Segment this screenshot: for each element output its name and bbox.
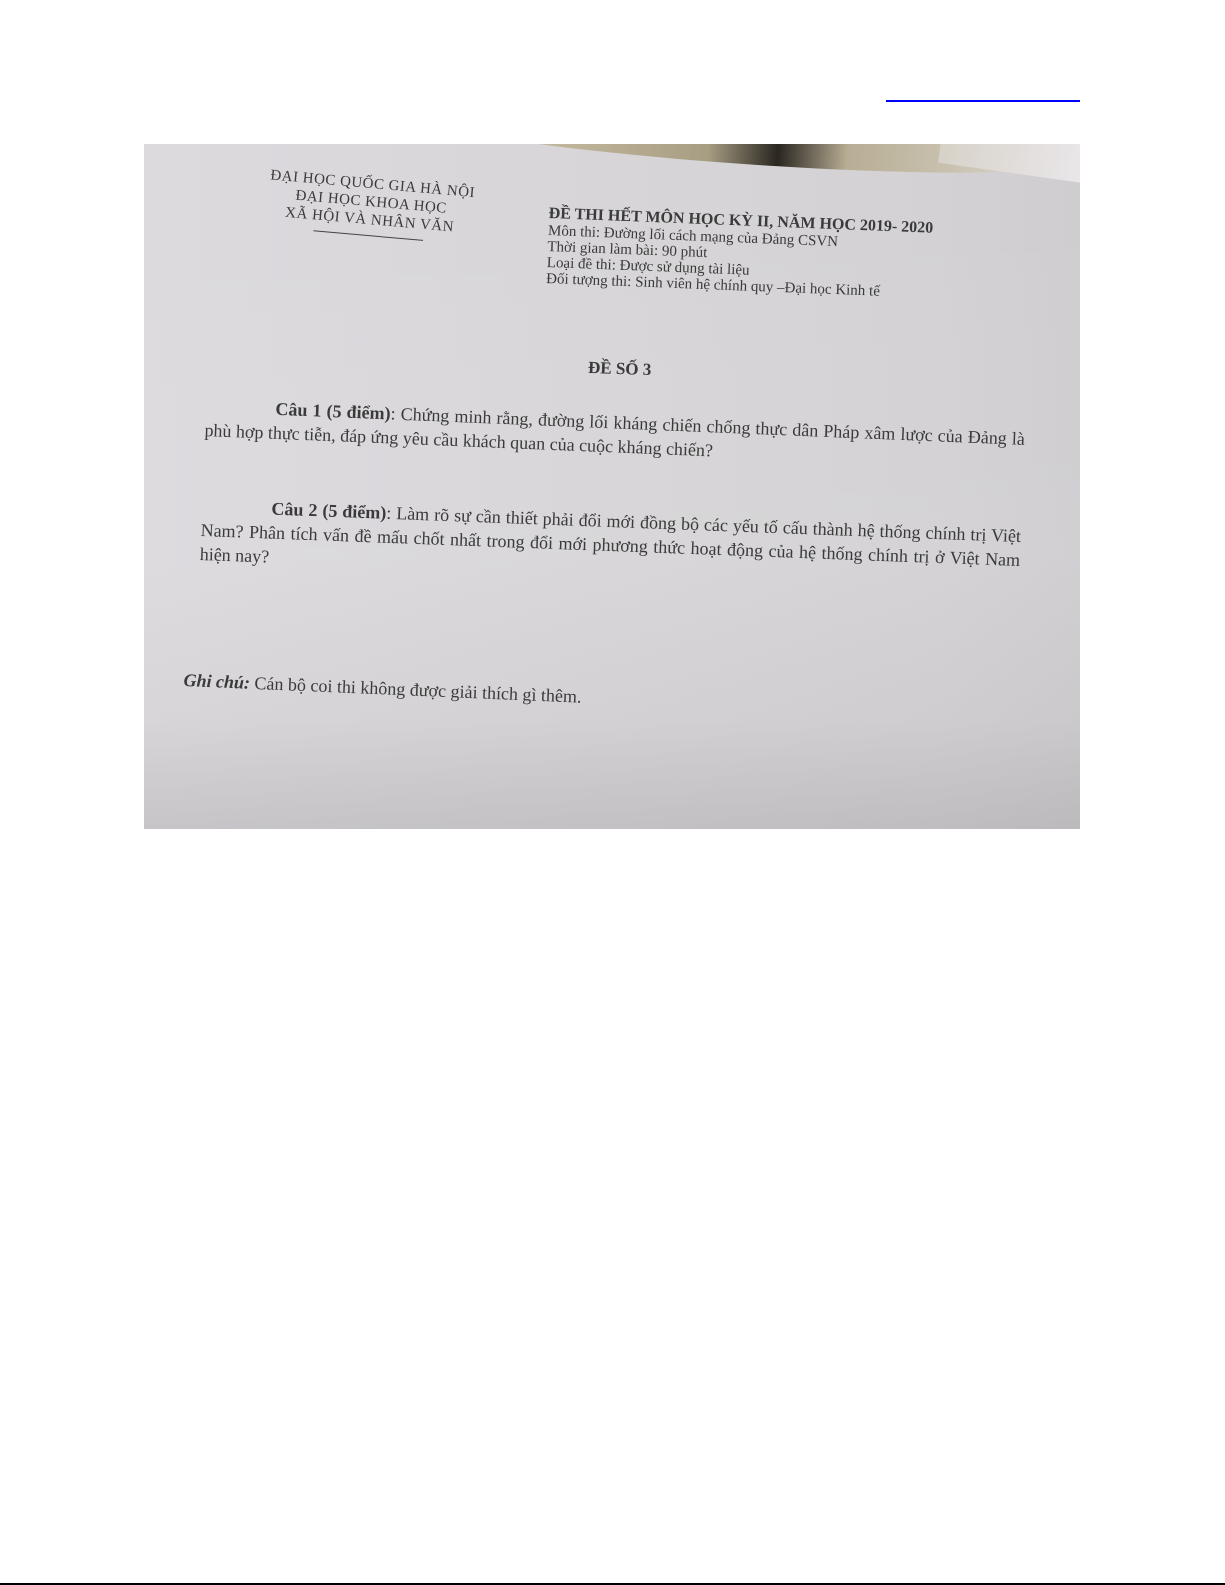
exam-header: ĐỀ THI HẾT MÔN HỌC KỲ II, NĂM HỌC 2019- … [546,206,1019,305]
background-paper-corner [938,144,1080,185]
exam-paper-photo: ĐẠI HỌC QUỐC GIA HÀ NỘI ĐẠI HỌC KHOA HỌC… [144,144,1080,829]
question-1: Câu 1 (5 điểm): Chứng minh rằng, đường l… [204,394,1025,475]
photo-shadow [144,719,1080,829]
exam-note: Ghi chú: Cán bộ coi thi không được giải … [183,670,582,708]
note-label: Ghi chú: [183,670,250,693]
exam-number: ĐỀ SỐ 3 [588,358,652,380]
question-label: Câu 1 (5 điểm) [275,399,391,424]
institution-header: ĐẠI HỌC QUỐC GIA HÀ NỘI ĐẠI HỌC KHOA HỌC… [239,164,503,247]
note-text: Cán bộ coi thi không được giải thích gì … [250,673,582,707]
hyperlink-underline[interactable] [886,100,1080,102]
question-label: Câu 2 (5 điểm) [271,499,387,523]
question-2: Câu 2 (5 điểm): Làm rõ sự cần thiết phải… [199,494,1021,596]
